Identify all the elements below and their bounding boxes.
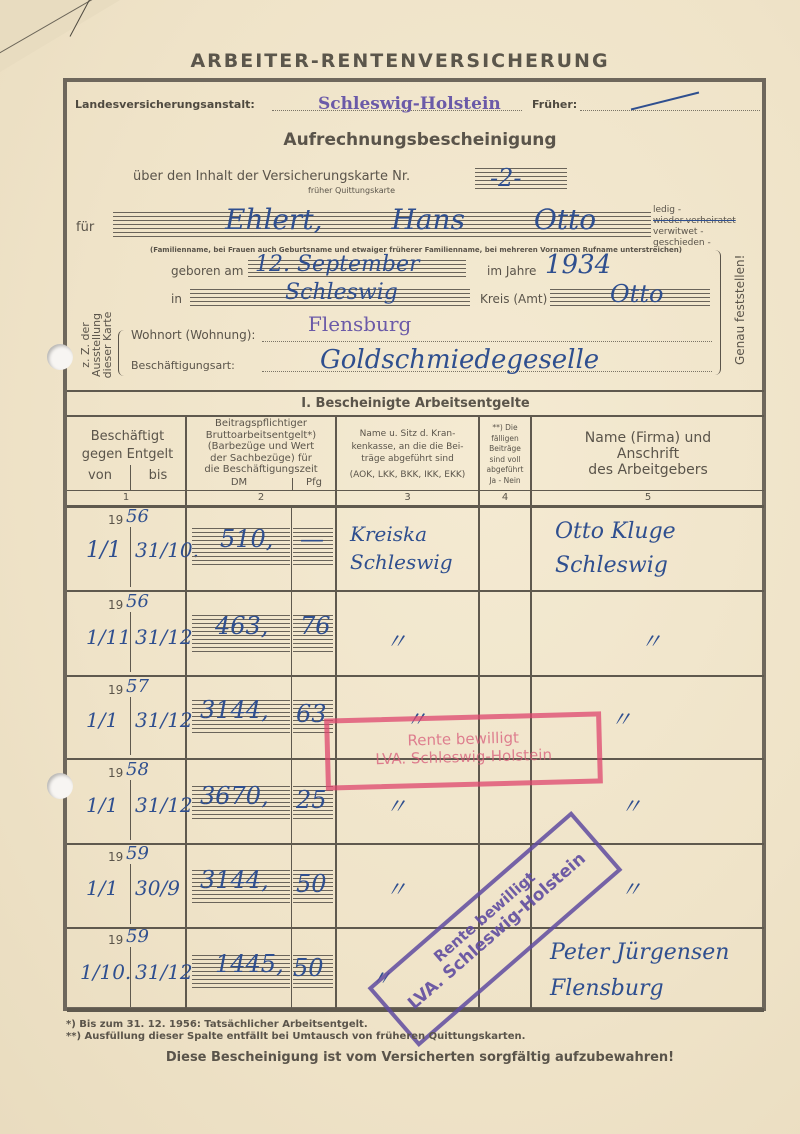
beschaeftigung-value: Goldschmiedegeselle	[320, 345, 599, 375]
col5-header: Name (Firma) und Anschrift des Arbeitgeb…	[532, 430, 764, 478]
von-value: 1/1	[86, 876, 118, 900]
bis-value: 30/9	[135, 876, 180, 900]
year-value: 56	[126, 506, 149, 527]
status-options: ledig - wieder-verheiratet verwitwet - g…	[653, 205, 736, 249]
table-rule	[67, 505, 764, 508]
right-brace	[714, 250, 721, 375]
notice: Diese Bescheinigung ist vom Versicherten…	[0, 1050, 800, 1065]
status-ledig: ledig -	[653, 205, 736, 216]
col4-header-line: **) Die	[480, 423, 530, 434]
col1-header: Beschäftigt gegen Entgelt	[70, 428, 185, 464]
punch-hole	[47, 773, 73, 799]
year-prefix: 19	[108, 598, 123, 612]
beschaeftigung-label: Beschäftigungsart:	[131, 359, 235, 372]
col5-header-line: Name (Firma) und	[532, 430, 764, 446]
year-value: 57	[126, 676, 149, 697]
bis-value: 31/10.	[135, 538, 199, 562]
von-bis-divider	[130, 864, 131, 924]
von-value: 1/1	[86, 538, 121, 563]
form-heading: Aufrechnungsbescheinigung	[0, 130, 800, 150]
row-rule	[67, 675, 764, 677]
wohnort-dotline	[262, 341, 712, 342]
lva-value: Schleswig-Holstein	[318, 94, 501, 114]
genau-label: Genau feststellen!	[733, 255, 747, 365]
row-rule	[67, 843, 764, 845]
bis-value: 31/12	[135, 960, 193, 984]
col2-header-line: die Beschäftigungszeit	[187, 464, 335, 476]
col4-header-line: fälligen	[480, 434, 530, 445]
col-num: 3	[337, 492, 478, 504]
year-prefix: 19	[108, 513, 123, 527]
von-value: 1/11	[86, 625, 131, 649]
dm-value: 463,	[215, 612, 268, 640]
name-value: Ehlert, Hans Otto	[225, 203, 596, 236]
karte-value: -2-	[490, 164, 522, 192]
in-label: in	[171, 292, 182, 306]
karte-label: über den Inhalt der Versicherungskarte N…	[133, 169, 410, 184]
frueher-label: Früher:	[532, 98, 577, 111]
form-title: ARBEITER-RENTENVERSICHERUNG	[0, 50, 800, 72]
frueher-dotline	[580, 110, 760, 111]
wohnort-label: Wohnort (Wohnung):	[131, 328, 255, 342]
geboren-value: 12. September	[255, 252, 420, 277]
lva-label: Landesversicherungsanstalt:	[75, 98, 255, 111]
col-num: 2	[187, 492, 335, 504]
year-value: 56	[126, 591, 149, 612]
dm-value: 510,	[220, 525, 273, 553]
col3-header: Name u. Sitz d. Kran- kenkasse, an die d…	[337, 428, 478, 481]
pfg-value: 63	[296, 700, 327, 728]
von-bis-divider	[130, 780, 131, 840]
kasse-value: Kreiska Schleswig	[350, 520, 475, 576]
col-num: 5	[532, 492, 764, 504]
pfg-value: 76	[300, 612, 331, 640]
bis-value: 31/12	[135, 793, 193, 817]
bis-value: 31/12	[135, 708, 193, 732]
ort-value: Schleswig	[285, 280, 398, 305]
arbeitgeber-value: 〃	[620, 873, 642, 904]
col4-header-line: Beiträge	[480, 444, 530, 455]
pfg-value: 25	[296, 786, 327, 814]
von-value: 1/1	[86, 793, 118, 817]
jahr-label: im Jahre	[487, 264, 536, 278]
dm-value: 3144,	[200, 696, 269, 724]
col3-header-line: (AOK, LKK, BKK, IKK, EKK)	[337, 469, 478, 482]
table-top-rule	[67, 390, 764, 392]
col4-header: **) Die fälligen Beiträge sind voll abge…	[480, 423, 530, 486]
col1-von: von	[70, 469, 130, 484]
col-num: 1	[67, 492, 185, 504]
year-prefix: 19	[108, 766, 123, 780]
wohnort-value: Flensburg	[308, 312, 411, 336]
geboren-label: geboren am	[171, 264, 243, 278]
section-title: I. Bescheinigte Arbeitsentgelte	[67, 396, 764, 411]
col-divider	[335, 415, 337, 1010]
side-label: z. Z. der Ausstellung dieser Karte	[80, 305, 113, 385]
col2-header-line: der Sachbezüge) für	[187, 453, 335, 465]
dm-value: 1445,	[215, 950, 284, 978]
year-prefix: 19	[108, 683, 123, 697]
year-prefix: 19	[108, 933, 123, 947]
col5-header-line: des Arbeitgebers	[532, 462, 764, 478]
col2-header-line: Bruttoarbeitsentgelt*)	[187, 430, 335, 442]
col1-header-line: gegen Entgelt	[70, 446, 185, 464]
pfg-value: 50	[296, 870, 327, 898]
bis-value: 31/12	[135, 625, 193, 649]
col4-header-line: sind voll	[480, 455, 530, 466]
jahr-value: 1934	[545, 250, 611, 280]
kreis-value: Otto	[610, 280, 663, 308]
col2-pfg: Pfg	[293, 477, 335, 489]
row-rule	[67, 927, 764, 929]
col2-header-line: Beitragspflichtiger	[187, 418, 335, 430]
status-wiederverheiratet: wieder-verheiratet	[653, 216, 736, 227]
kreis-label: Kreis (Amt)	[480, 292, 547, 306]
fuer-label: für	[76, 220, 94, 235]
col2-header-line: (Barbezüge und Wert	[187, 441, 335, 453]
col1-header-line: Beschäftigt	[70, 428, 185, 446]
von-bis-divider	[130, 527, 131, 587]
status-verwitwet: verwitwet -	[653, 227, 736, 238]
col4-header-line: abgeführt	[480, 465, 530, 476]
side-label-line: dieser Karte	[102, 305, 113, 385]
table-rule	[67, 415, 764, 417]
punch-hole	[47, 344, 73, 370]
von-bis-divider	[130, 697, 131, 755]
von-value: 1/10.	[80, 960, 131, 984]
col2-header: Beitragspflichtiger Bruttoarbeitsentgelt…	[187, 418, 335, 476]
arbeitgeber-value: 〃	[620, 790, 642, 821]
kasse-value: 〃	[385, 790, 407, 821]
year-value: 59	[126, 926, 149, 947]
year-value: 58	[126, 759, 149, 780]
year-value: 59	[126, 843, 149, 864]
pfg-value: 50	[293, 954, 324, 982]
col4-header-line: Ja - Nein	[480, 476, 530, 487]
col3-header-line: träge abgeführt sind	[337, 453, 478, 466]
col1-bis: bis	[131, 469, 185, 484]
col2-dm: DM	[187, 477, 291, 489]
col5-header-line: Anschrift	[532, 446, 764, 462]
dm-value: 3144,	[200, 866, 269, 894]
table-rule	[67, 490, 764, 491]
footnote-2: **) Ausfüllung dieser Spalte entfällt be…	[66, 1031, 525, 1042]
footnote-1: *) Bis zum 31. 12. 1956: Tatsächlicher A…	[66, 1019, 368, 1030]
arbeitgeber-value: Otto Kluge Schleswig	[555, 515, 755, 583]
kasse-value: 〃	[385, 873, 407, 904]
karte-sub: früher Quittungskarte	[308, 186, 395, 195]
arbeitgeber-value: Peter Jürgensen Flensburg	[550, 935, 770, 1007]
dm-value: 3670,	[200, 782, 269, 810]
col3-header-line: kenkasse, an die die Bei-	[337, 441, 478, 454]
stamp-rente-bewilligt-red: Rente bewilligt LVA. Schleswig-Holstein	[324, 711, 603, 790]
col-num: 4	[480, 492, 530, 504]
year-prefix: 19	[108, 850, 123, 864]
kasse-value: 〃	[385, 625, 407, 656]
col3-header-line: Name u. Sitz d. Kran-	[337, 428, 478, 441]
von-value: 1/1	[86, 708, 118, 732]
arbeitgeber-value: 〃	[610, 703, 632, 734]
arbeitgeber-value: 〃	[640, 625, 662, 656]
row-rule	[67, 590, 764, 592]
side-brace	[118, 330, 125, 376]
pfg-value: —	[300, 525, 324, 553]
